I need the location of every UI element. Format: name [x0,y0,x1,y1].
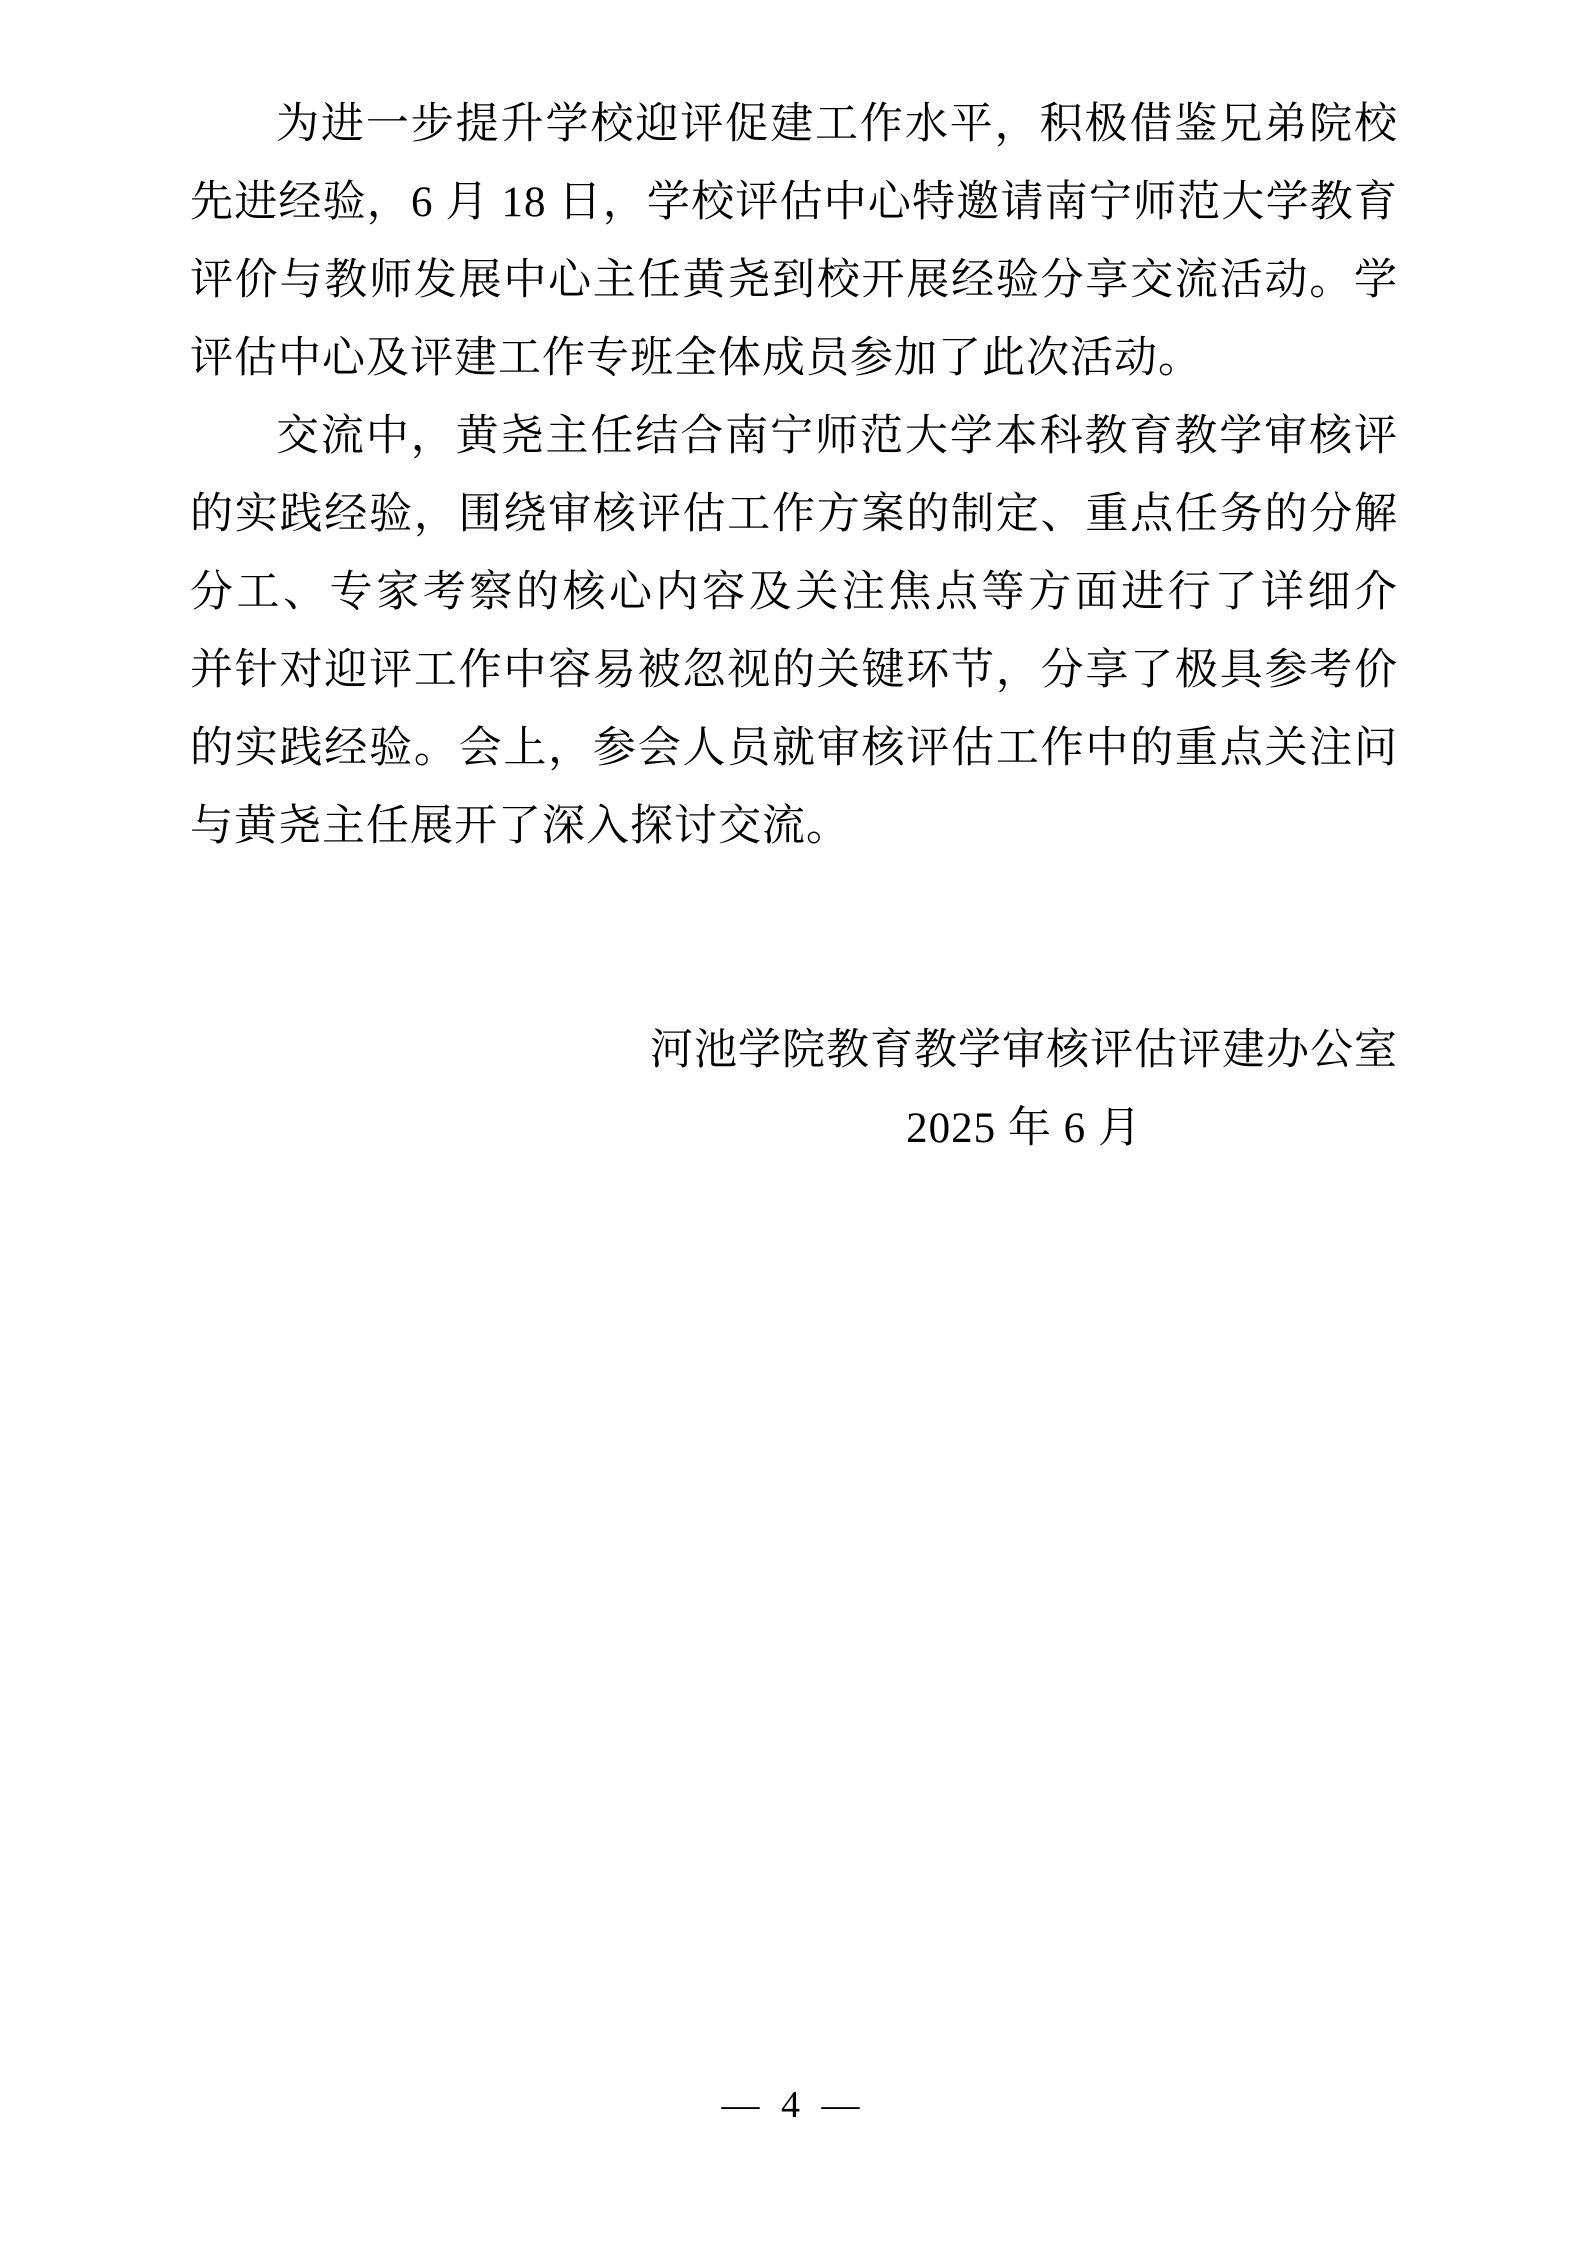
paragraph-exchange: 交流中，黄尧主任结合南宁师范大学本科教育教学审核评估 的实践经验，围绕审核评估工… [190,398,1398,866]
text-line: 并针对迎评工作中容易被忽视的关键环节，分享了极具参考价值 [190,632,1398,710]
text-line: 先进经验，6 月 18 日，学校评估中心特邀请南宁师范大学教育 [190,164,1398,242]
text-line: 的实践经验，围绕审核评估工作方案的制定、重点任务的分解与 [190,476,1398,554]
signature-block: 河池学院教育教学审核评估评建办公室 2025 年 6 月 [650,1012,1398,1168]
text-line: 为进一步提升学校迎评促建工作水平，积极借鉴兄弟院校的 [190,86,1398,164]
text-line: 评估中心及评建工作专班全体成员参加了此次活动。 [190,320,1398,398]
text-line: 与黄尧主任展开了深入探讨交流。 [190,788,1398,866]
text-line: 交流中，黄尧主任结合南宁师范大学本科教育教学审核评估 [190,398,1398,476]
signature-office: 河池学院教育教学审核评估评建办公室 [650,1012,1398,1090]
text-line: 的实践经验。会上，参会人员就审核评估工作中的重点关注问题 [190,710,1398,788]
page-number: — 4 — [0,2082,1587,2128]
document-body: 为进一步提升学校迎评促建工作水平，积极借鉴兄弟院校的 先进经验，6 月 18 日… [190,86,1398,1168]
text-line: 评价与教师发展中心主任黄尧到校开展经验分享交流活动。学校 [190,242,1398,320]
paragraph-intro: 为进一步提升学校迎评促建工作水平，积极借鉴兄弟院校的 先进经验，6 月 18 日… [190,86,1398,398]
document-page: 为进一步提升学校迎评促建工作水平，积极借鉴兄弟院校的 先进经验，6 月 18 日… [0,0,1587,2245]
text-line: 分工、专家考察的核心内容及关注焦点等方面进行了详细介绍， [190,554,1398,632]
signature-date: 2025 年 6 月 [650,1090,1398,1168]
